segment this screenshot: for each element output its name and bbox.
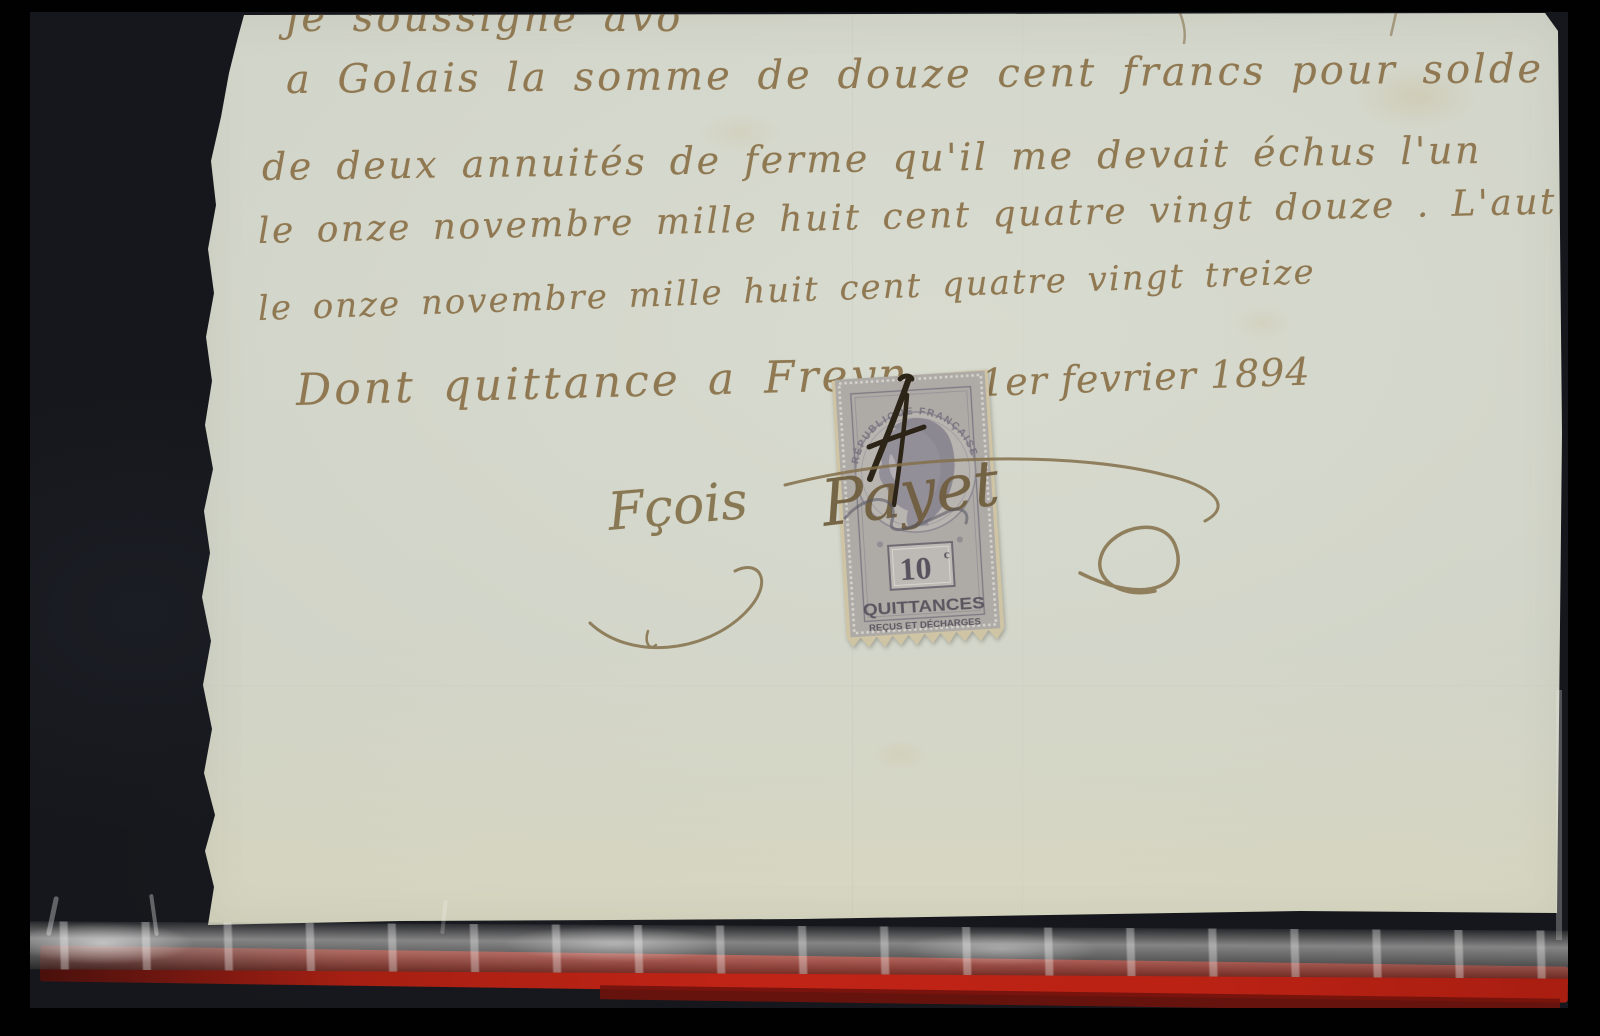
signature-first-name: Fçois	[605, 471, 750, 543]
stamp-value-unit: c	[943, 546, 950, 561]
photo-border	[0, 0, 30, 1036]
handwritten-receipt-document: je soussigné avo a Golais la somme de do…	[200, 13, 1566, 928]
glare-streaks	[26, 921, 1574, 978]
handwritten-line: le onze novembre mille huit cent quatre …	[258, 181, 1600, 252]
photo-border	[0, 0, 1600, 12]
stamp-value: 10	[898, 549, 932, 587]
handwritten-date: 1er fevrier 1894	[979, 349, 1311, 405]
photo-border	[1568, 0, 1600, 1036]
plastic-sleeve-glare-band	[26, 921, 1574, 978]
photo-of-album-page: je soussigné avo a Golais la somme de do…	[0, 0, 1600, 1036]
handwritten-line: Dont quittance a Freyn	[295, 349, 910, 416]
photo-border	[0, 1008, 1600, 1036]
plastic-sleeve-edge-highlight	[1556, 690, 1562, 940]
paper-fold-crease	[200, 685, 1566, 687]
handwritten-line: le onze novembre mille huit cent quatre …	[257, 252, 1316, 329]
handwritten-line: de deux annuités de ferme qu'il me devai…	[262, 128, 1482, 189]
handwritten-line: a Golais la somme de douze cent francs p…	[286, 46, 1545, 103]
